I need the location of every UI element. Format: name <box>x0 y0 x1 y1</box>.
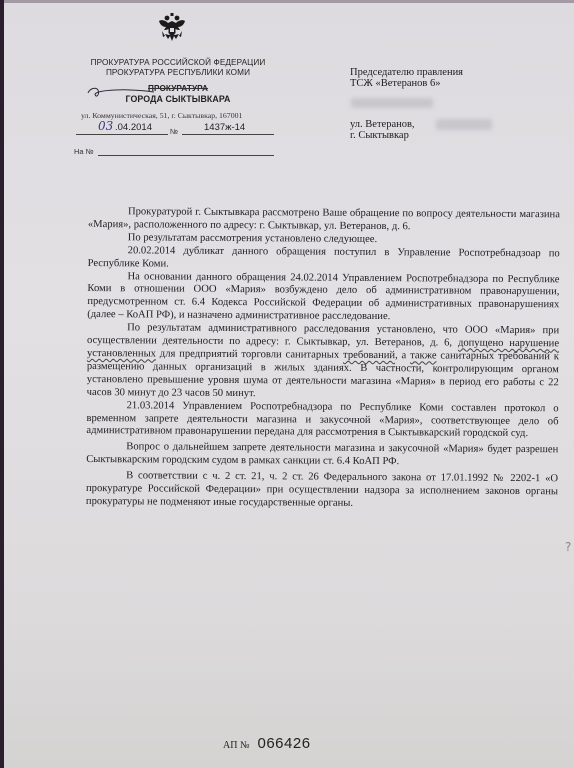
letterhead-line-3: ПРОКУРАТУРА <box>68 84 288 94</box>
underlined-phrase-also: также <box>410 350 437 361</box>
paragraph-1: Прокуратурой г. Сыктывкара рассмотрено В… <box>88 206 560 235</box>
letterhead-line-4: ГОРОДА СЫКТЫВКАРА <box>68 94 288 104</box>
letter-body: Прокуратурой г. Сыктывкара рассмотрено В… <box>86 206 560 512</box>
letter-number: 1437ж-14 <box>204 122 245 133</box>
letter-date: .04.2014 <box>115 122 152 133</box>
reply-to-underline <box>98 155 274 156</box>
paragraph-6: 21.03.2014 Управлением Роспотребнадзора … <box>86 400 558 442</box>
number-label: № <box>170 127 178 136</box>
paragraph-4: На основании данного обращения 24.02.201… <box>87 271 559 326</box>
page-top-edge <box>4 0 574 3</box>
form-serial-number: 066426 <box>257 735 310 752</box>
paragraph-5-text-b: для предприятий торговли санитарных <box>156 348 343 360</box>
redacted-house-number <box>436 119 492 130</box>
paragraph-5: По результатам административного расслед… <box>87 322 560 403</box>
handwritten-day: 03 <box>98 119 113 133</box>
date-underline <box>76 134 168 135</box>
reply-to-label: На № <box>74 147 94 156</box>
letterhead-line-1: ПРОКУРАТУРА РОССИЙСКОЙ ФЕДЕРАЦИИ <box>68 58 288 68</box>
paragraph-8: В соответствии с ч. 2 ст. 21, ч. 2 ст. 2… <box>86 470 558 512</box>
number-underline <box>182 134 274 135</box>
margin-question-mark: ? <box>565 540 571 554</box>
form-serial: АП №066426 <box>223 735 311 752</box>
letterhead-line-2: ПРОКУРАТУРА РЕСПУБЛИКИ КОМИ <box>68 68 288 78</box>
recipient-city: г. Сыктывкар <box>350 130 409 141</box>
form-serial-label: АП № <box>223 740 249 751</box>
underlined-phrase-requirements: требований <box>343 350 395 361</box>
redacted-recipient-name <box>351 98 433 108</box>
recipient-title: Председателю правления <box>350 67 463 78</box>
paragraph-7: Вопрос о дальнейшем запрете деятельности… <box>86 441 558 470</box>
russian-coat-of-arms-icon <box>156 12 188 44</box>
paragraph-3: 20.02.2014 дубликат данного обращения по… <box>88 245 560 274</box>
recipient-organization: ТСЖ «Ветеранов 6» <box>350 78 440 89</box>
recipient-street: ул. Ветеранов, <box>350 119 415 130</box>
paragraph-5-text-c: , а <box>395 350 410 361</box>
letter-page: ПРОКУРАТУРА РОССИЙСКОЙ ФЕДЕРАЦИИ ПРОКУРА… <box>4 0 574 768</box>
